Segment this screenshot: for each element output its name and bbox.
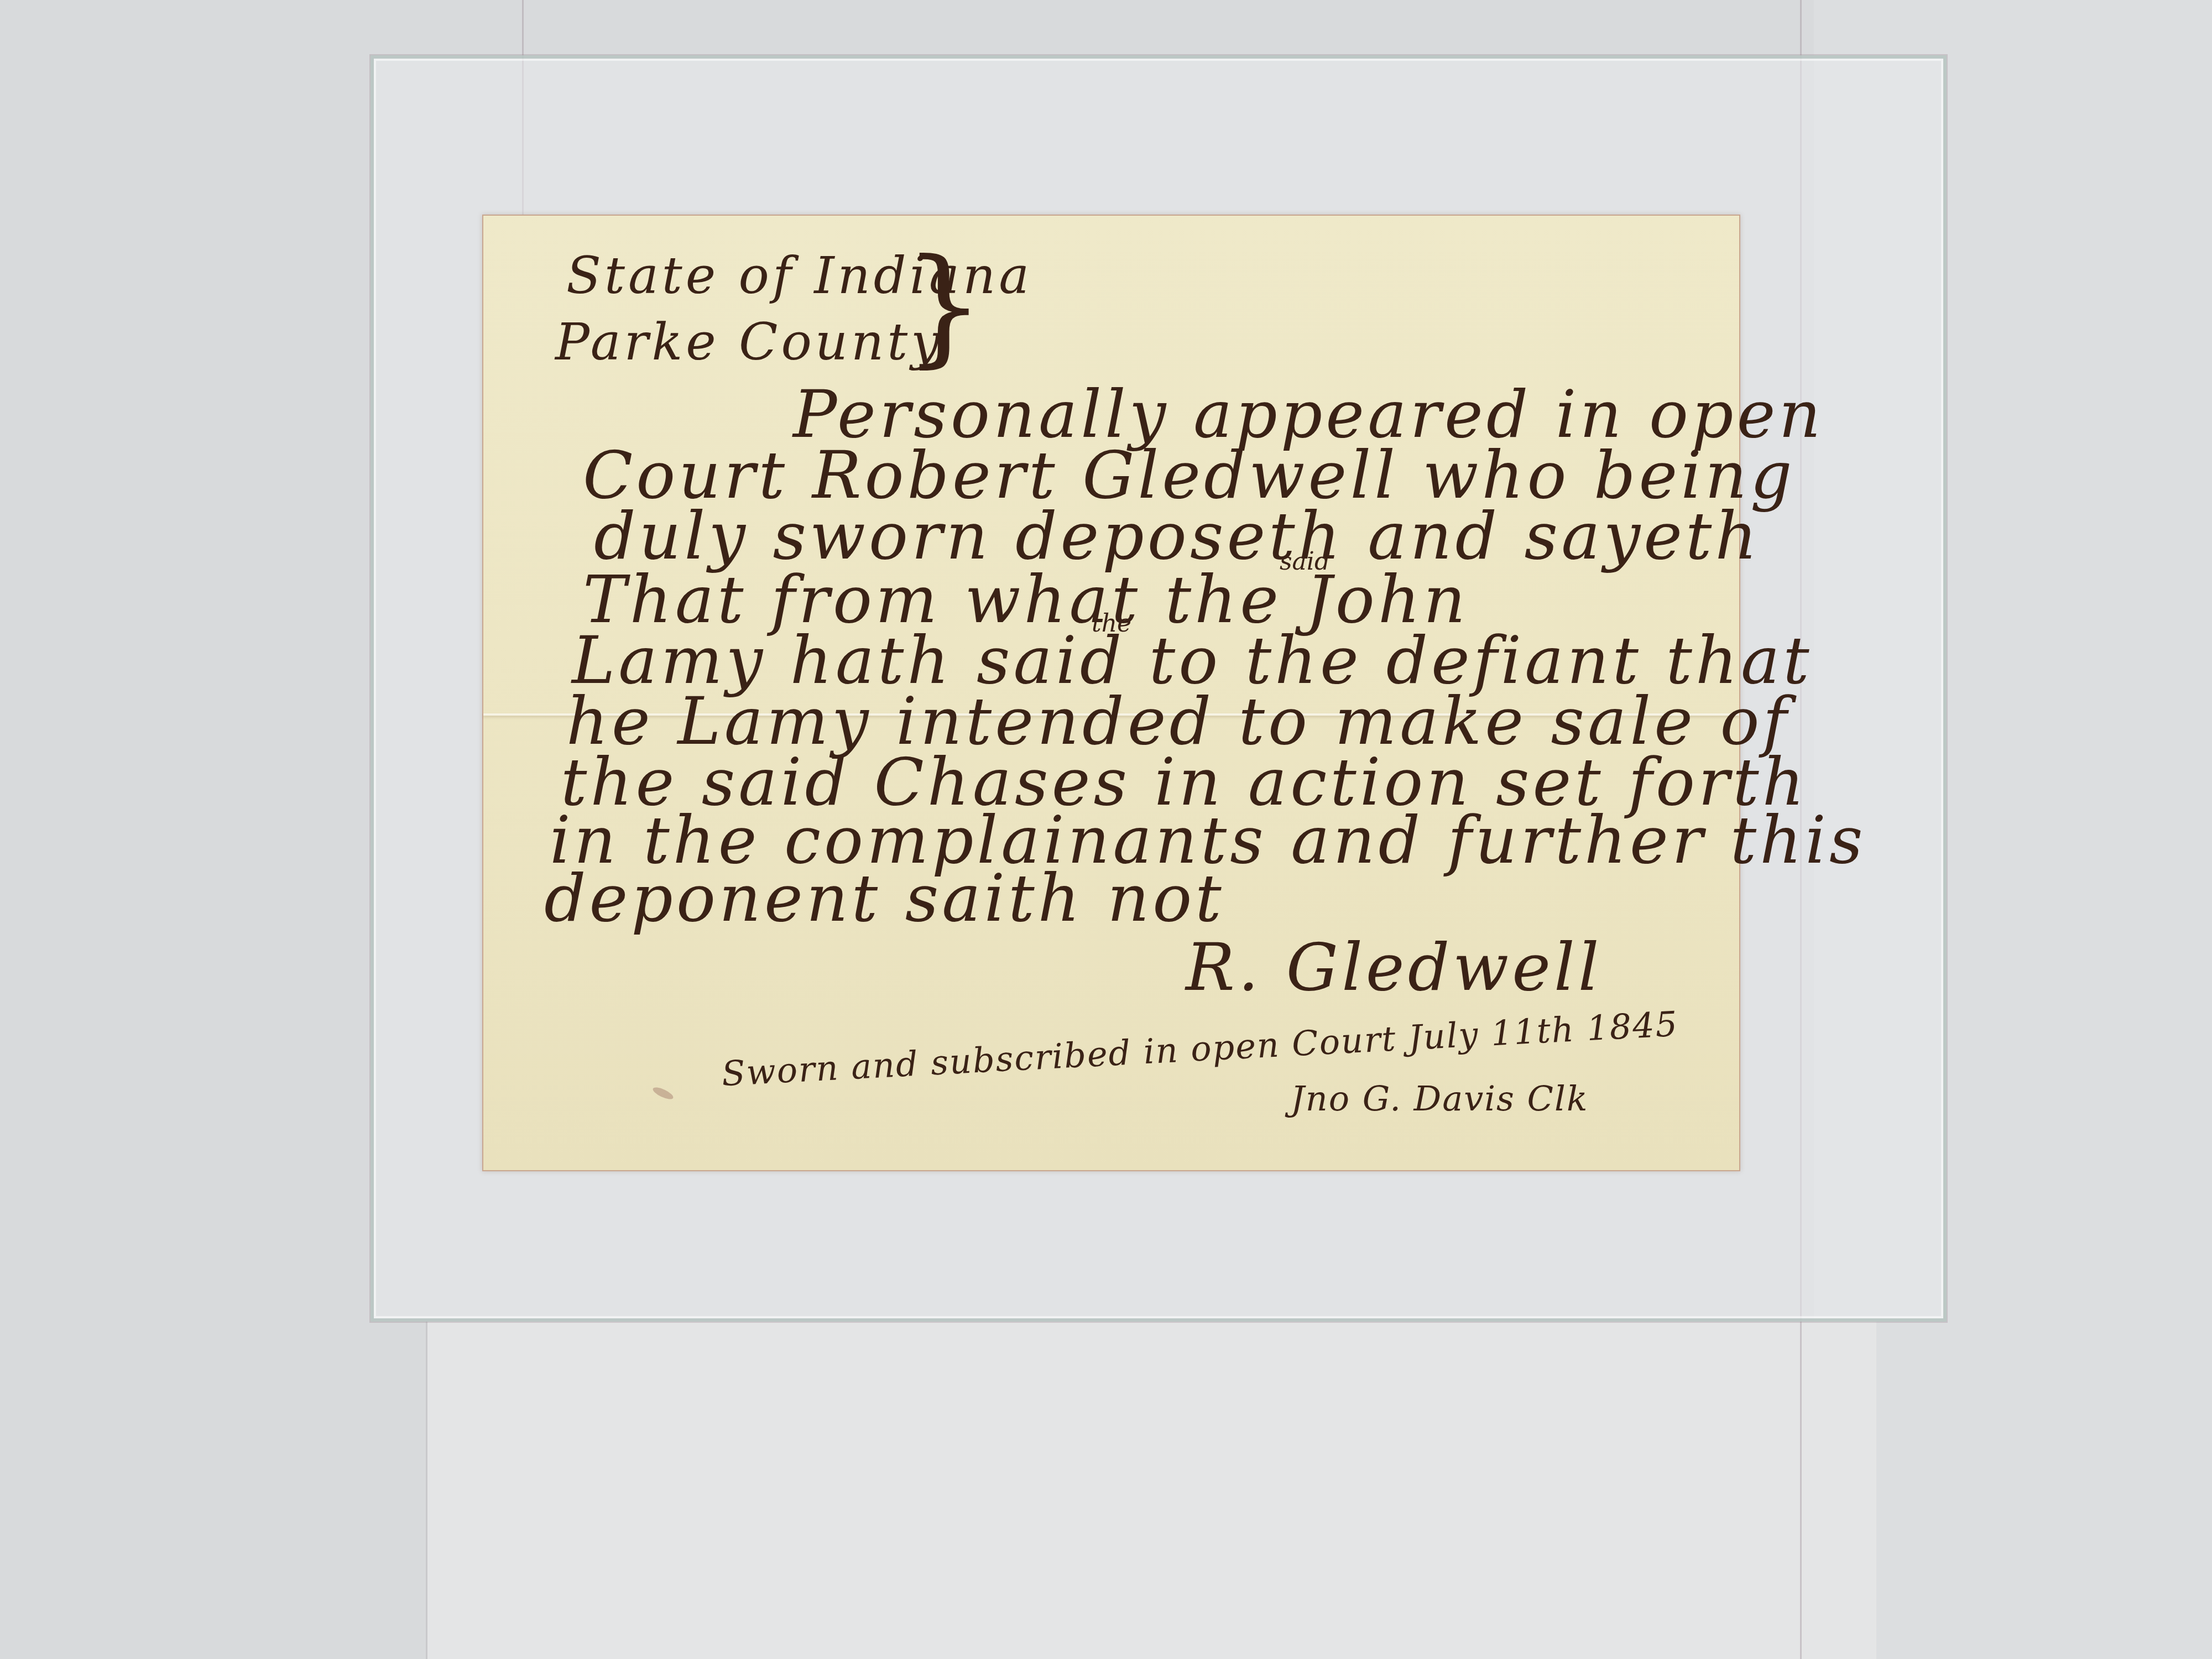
interlineation-the: the [1092,609,1131,638]
background-sheet-lower [426,1322,1876,1659]
body-line-9: deponent saith not [544,860,1225,936]
caption-brace: } [904,232,984,380]
caption-county: Parke County [555,312,943,372]
document-paper: State of Indiana Parke County } Personal… [482,215,1740,1171]
signature: R. Gledwell [1186,929,1603,1005]
clerk-signature: Jno G. Davis Clk [1291,1078,1588,1119]
interlineation-said: said [1280,547,1330,576]
ink-smudge [651,1085,675,1102]
